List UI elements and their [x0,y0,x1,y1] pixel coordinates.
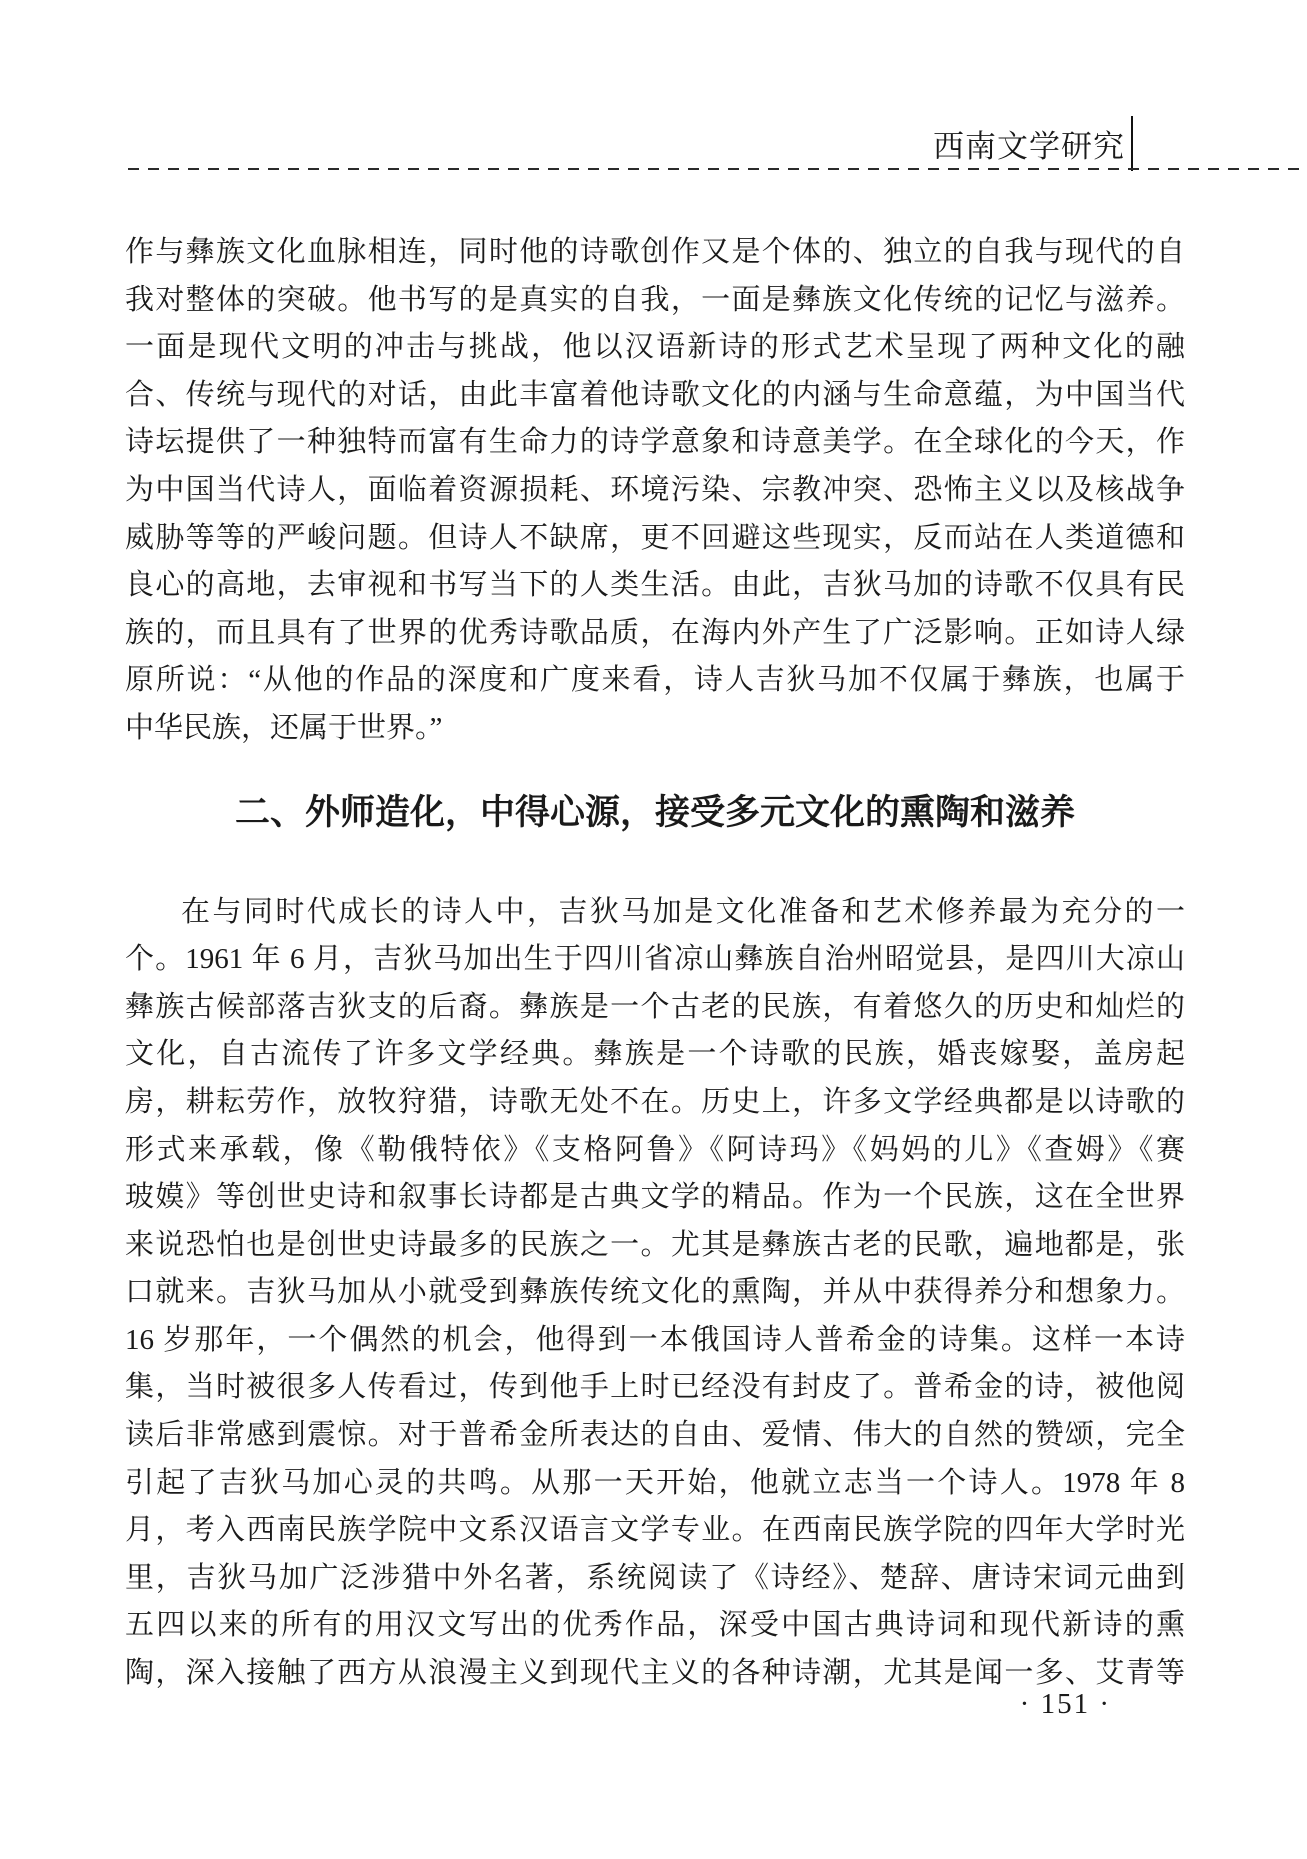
text-line: 集，当时被很多人传看过，传到他手上时已经没有封皮了。普希金的诗，被他阅 [125,1364,1185,1412]
text-line: 文化，自古流传了许多文学经典。彝族是一个诗歌的民族，婚丧嫁娶，盖房起 [125,1031,1185,1079]
page-number: · 151 · [1020,1688,1111,1721]
text-line: 原所说：“从他的作品的深度和广度来看，诗人吉狄马加不仅属于彝族，也属于 [125,657,1185,705]
text-line: 个。1961 年 6 月，吉狄马加出生于四川省凉山彝族自治州昭觉县，是四川大凉山 [125,936,1185,984]
header-vertical-rule [1131,116,1133,171]
text-line: 里，吉狄马加广泛涉猎中外名著，系统阅读了《诗经》、楚辞、唐诗宋词元曲到 [125,1555,1185,1603]
header-dashed-rule [128,168,1307,170]
paragraph: 作与彝族文化血脉相连，同时他的诗歌创作又是个体的、独立的自我与现代的自我对整体的… [125,229,1185,753]
text-line: 口就来。吉狄马加从小就受到彝族传统文化的熏陶，并从中获得养分和想象力。 [125,1269,1185,1317]
text-line: 诗坛提供了一种独特而富有生命力的诗学意象和诗意美学。在全球化的今天，作 [125,419,1185,467]
text-line: 彝族古候部落吉狄支的后裔。彝族是一个古老的民族，有着悠久的历史和灿烂的 [125,984,1185,1032]
text-line: 在与同时代成长的诗人中，吉狄马加是文化准备和艺术修养最为充分的一 [125,889,1185,937]
text-line: 读后非常感到震惊。对于普希金所表达的自由、爱情、伟大的自然的赞颂，完全 [125,1412,1185,1460]
text-line: 月，考入西南民族学院中文系汉语言文学专业。在西南民族学院的四年大学时光 [125,1507,1185,1555]
text-line: 为中国当代诗人，面临着资源损耗、环境污染、宗教冲突、恐怖主义以及核战争 [125,467,1185,515]
text-line: 我对整体的突破。他书写的是真实的自我，一面是彝族文化传统的记忆与滋养。 [125,277,1185,325]
page: 西南文学研究 作与彝族文化血脉相连，同时他的诗歌创作又是个体的、独立的自我与现代… [0,0,1307,1859]
text-line: 来说恐怕也是创世史诗最多的民族之一。尤其是彝族古老的民歌，遍地都是，张 [125,1222,1185,1270]
text-line: 中华民族，还属于世界。” [125,705,1185,753]
journal-title: 西南文学研究 [933,121,1125,166]
article-body: 作与彝族文化血脉相连，同时他的诗歌创作又是个体的、独立的自我与现代的自我对整体的… [125,229,1185,1698]
text-line: 作与彝族文化血脉相连，同时他的诗歌创作又是个体的、独立的自我与现代的自 [125,229,1185,277]
text-line: 引起了吉狄马加心灵的共鸣。从那一天开始，他就立志当一个诗人。1978 年 8 [125,1460,1185,1508]
text-line: 威胁等等的严峻问题。但诗人不缺席，更不回避这些现实，反而站在人类道德和 [125,515,1185,563]
section-heading: 二、外师造化，中得心源，接受多元文化的熏陶和滋养 [125,789,1185,837]
text-line: 房，耕耘劳作，放牧狩猎，诗歌无处不在。历史上，许多文学经典都是以诗歌的 [125,1079,1185,1127]
text-line: 良心的高地，去审视和书写当下的人类生活。由此，吉狄马加的诗歌不仅具有民 [125,562,1185,610]
text-line: 形式来承载，像《勒俄特依》《支格阿鲁》《阿诗玛》《妈妈的儿》《查姆》《赛 [125,1127,1185,1175]
text-line: 一面是现代文明的冲击与挑战，他以汉语新诗的形式艺术呈现了两种文化的融 [125,324,1185,372]
text-line: 五四以来的所有的用汉文写出的优秀作品，深受中国古典诗词和现代新诗的熏 [125,1602,1185,1650]
text-line: 玻嫫》等创世史诗和叙事长诗都是古典文学的精品。作为一个民族，这在全世界 [125,1174,1185,1222]
paragraph: 在与同时代成长的诗人中，吉狄马加是文化准备和艺术修养最为充分的一个。1961 年… [125,889,1185,1698]
text-line: 合、传统与现代的对话，由此丰富着他诗歌文化的内涵与生命意蕴，为中国当代 [125,372,1185,420]
text-line: 16 岁那年，一个偶然的机会，他得到一本俄国诗人普希金的诗集。这样一本诗 [125,1317,1185,1365]
text-line: 族的，而且具有了世界的优秀诗歌品质，在海内外产生了广泛影响。正如诗人绿 [125,610,1185,658]
